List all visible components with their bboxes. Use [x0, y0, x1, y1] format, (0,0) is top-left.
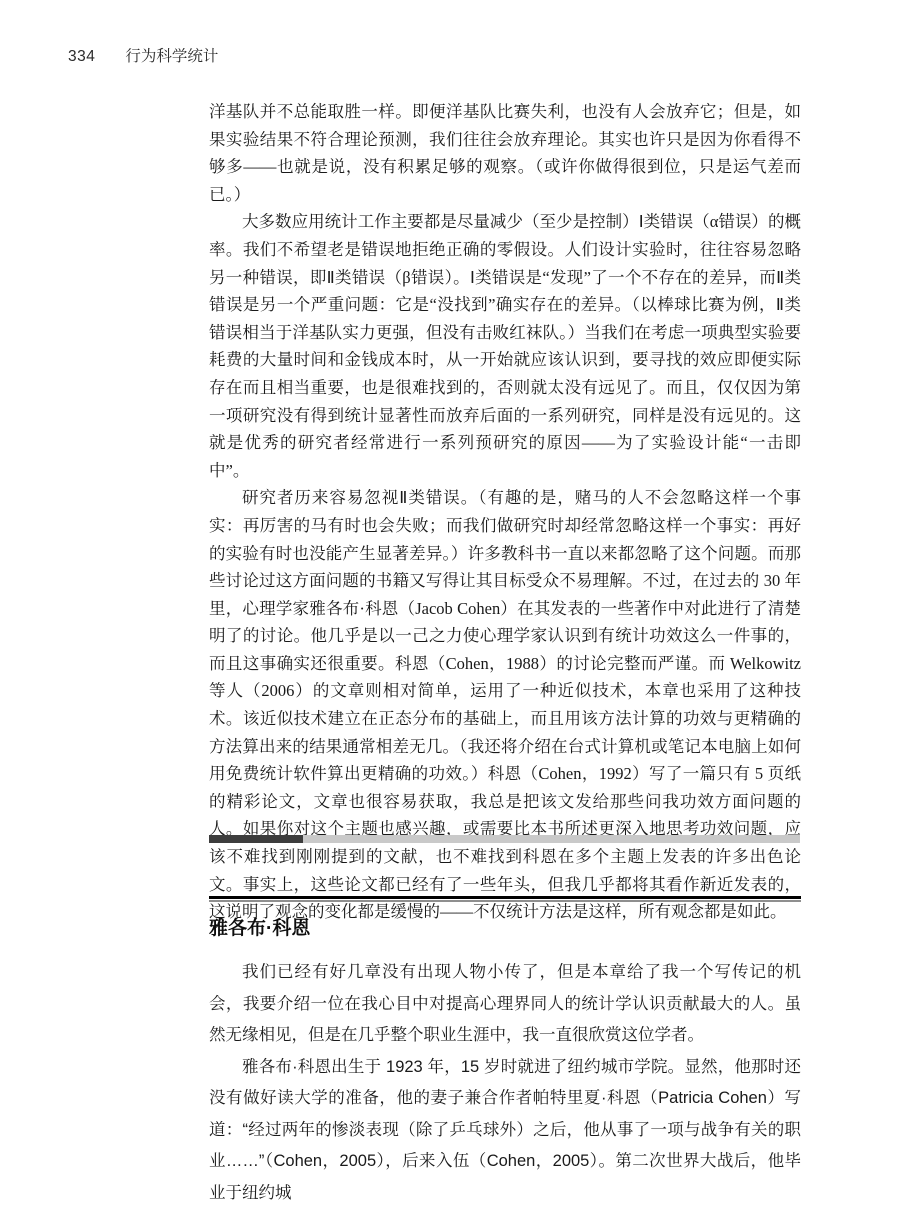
main-text-block: 洋基队并不总能取胜一样。即便洋基队比赛失利，也没有人会放弃它；但是，如果实验结果…	[209, 98, 801, 926]
running-head: 334 行为科学统计	[68, 44, 218, 66]
section-heading: 雅各布·科恩	[209, 913, 801, 940]
biography-text-block: 我们已经有好几章没有出现人物小传了，但是本章给了我一个写传记的机会，我要介绍一位…	[209, 957, 801, 1209]
section-rule-gray	[209, 900, 801, 902]
bio-paragraph: 雅各布·科恩出生于 1923 年，15 岁时就进了纽约城市学院。显然，他那时还没…	[209, 1052, 801, 1210]
body-paragraph: 洋基队并不总能取胜一样。即便洋基队比赛失利，也没有人会放弃它；但是，如果实验结果…	[209, 98, 801, 208]
divider-light-segment	[303, 835, 800, 843]
page-number: 334	[68, 48, 95, 66]
book-title: 行为科学统计	[125, 44, 218, 66]
book-page: 334 行为科学统计 洋基队并不总能取胜一样。即便洋基队比赛失利，也没有人会放弃…	[0, 0, 900, 1221]
section-divider-bar	[209, 835, 800, 843]
body-paragraph: 研究者历来容易忽视Ⅱ类错误。（有趣的是，赌马的人不会忽略这样一个事实：再厉害的马…	[209, 484, 801, 926]
biography-section: 雅各布·科恩 我们已经有好几章没有出现人物小传了，但是本章给了我一个写传记的机会…	[209, 896, 801, 1209]
body-paragraph: 大多数应用统计工作主要都是尽量减少（至少是控制）Ⅰ类错误（α错误）的概率。我们不…	[209, 208, 801, 484]
divider-dark-segment	[209, 835, 303, 843]
section-rule-black	[209, 896, 801, 899]
bio-paragraph: 我们已经有好几章没有出现人物小传了，但是本章给了我一个写传记的机会，我要介绍一位…	[209, 957, 801, 1052]
